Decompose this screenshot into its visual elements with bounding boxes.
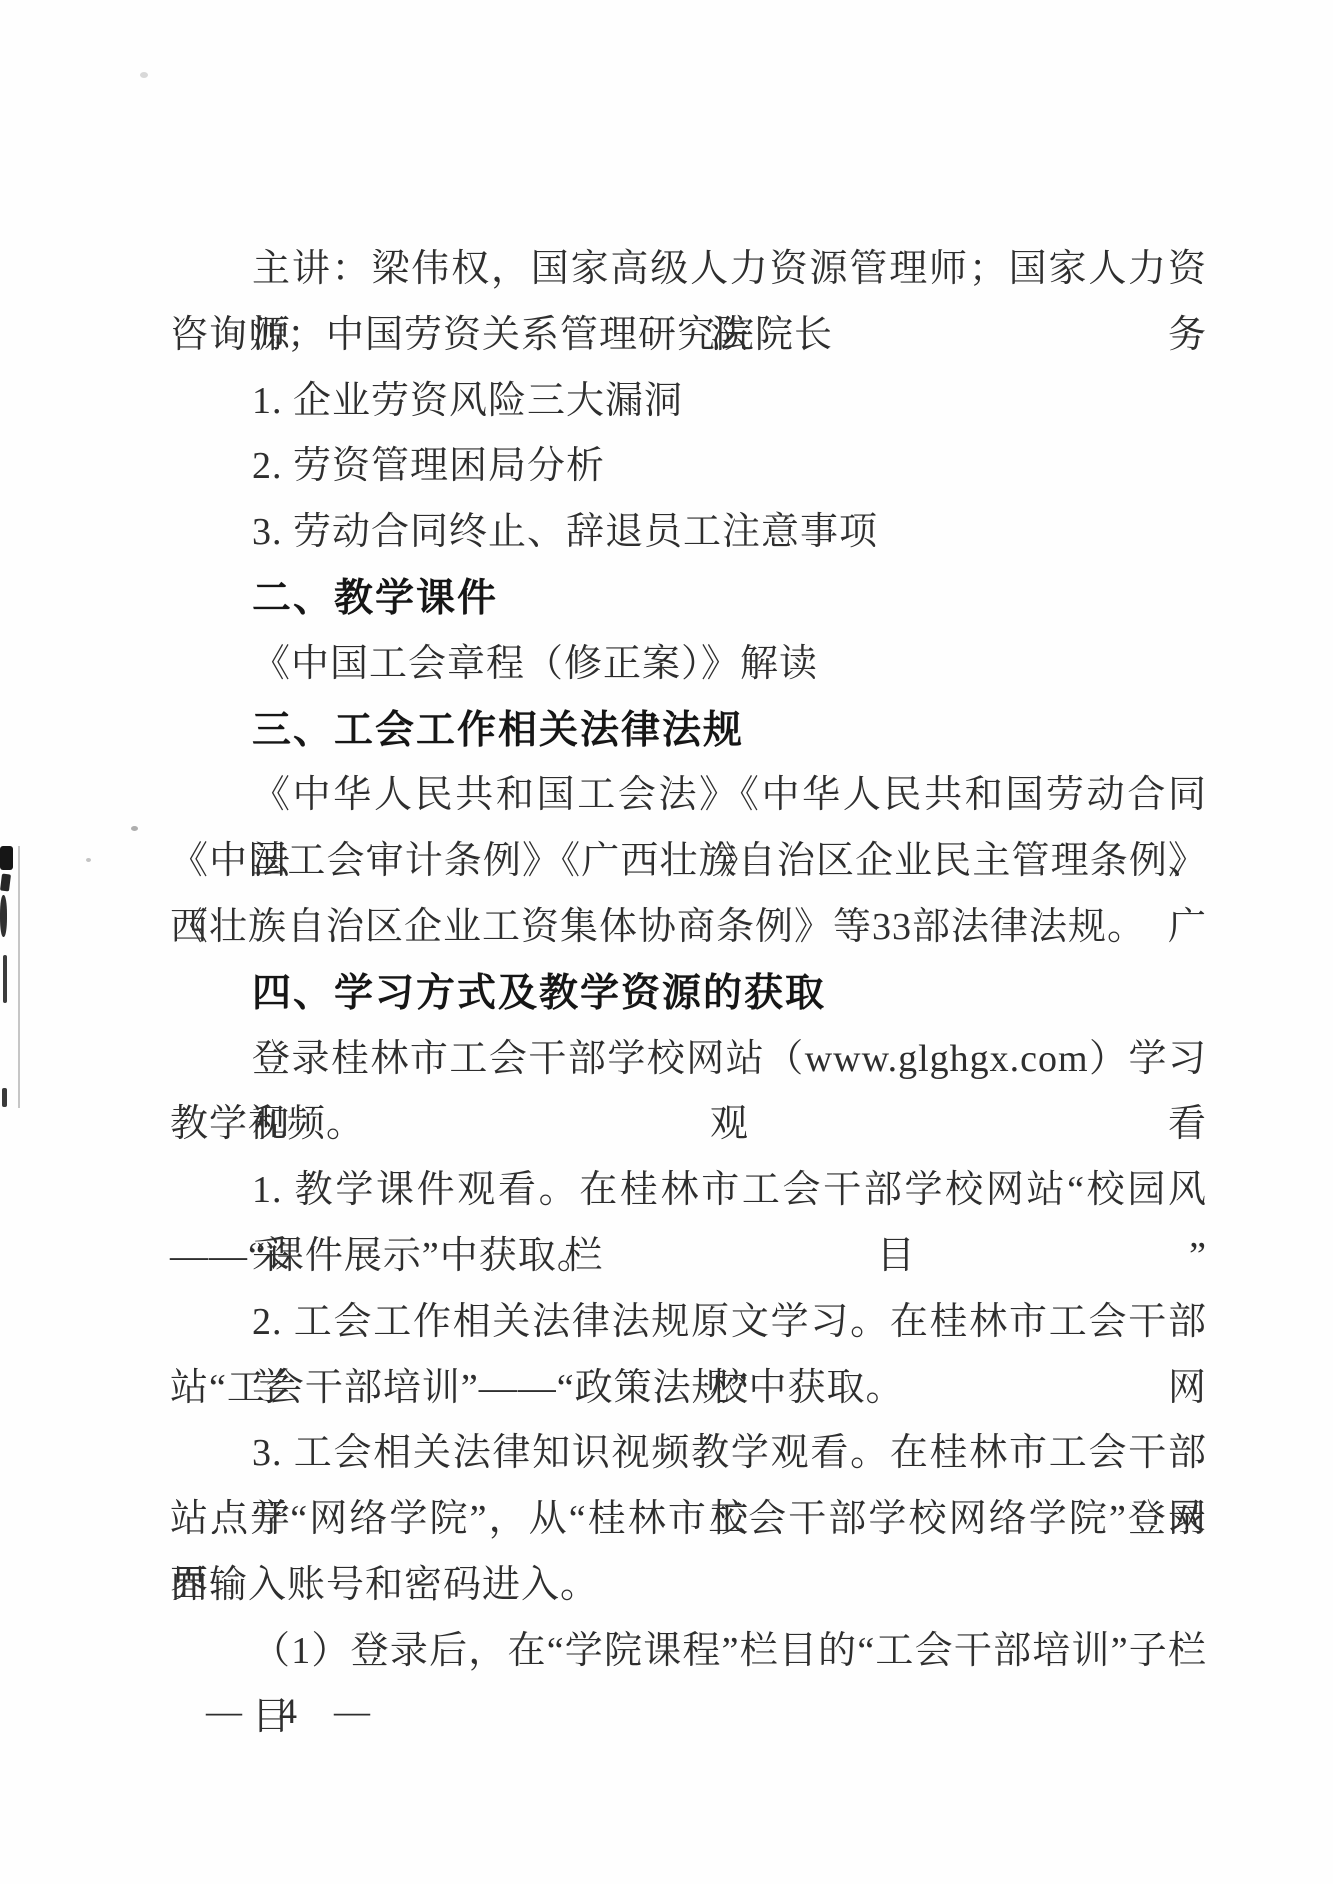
section-heading: 三、工会工作相关法律法规 xyxy=(170,698,1207,764)
document-page: 主讲：梁伟权，国家高级人力资源管理师；国家人力资源法务咨询师；中国劳资关系管理研… xyxy=(0,0,1333,1884)
scan-smudge xyxy=(3,955,7,1003)
text-line: 登录桂林市工会干部学校网站（www.glghgx.com）学习和观看 xyxy=(170,1027,1207,1093)
scan-vertical-streak xyxy=(18,846,20,1108)
text-line: 主讲：梁伟权，国家高级人力资源管理师；国家人力资源法务 xyxy=(170,237,1207,303)
section-heading: 四、学习方式及教学资源的获取 xyxy=(170,961,1207,1027)
text-line: 1. 企业劳资风险三大漏洞 xyxy=(170,369,1207,435)
text-line: 《中国工会章程（修正案）》解读 xyxy=(170,632,1207,698)
scan-dot xyxy=(140,72,148,78)
page-number: — 4 — xyxy=(206,1690,384,1732)
section-heading: 二、教学课件 xyxy=(170,566,1207,632)
scan-dot xyxy=(86,858,91,862)
scan-smudge xyxy=(0,895,7,937)
text-line: 2. 工会工作相关法律法规原文学习。在桂林市工会干部学校网 xyxy=(170,1290,1207,1356)
document-text-block: 主讲：梁伟权，国家高级人力资源管理师；国家人力资源法务咨询师；中国劳资关系管理研… xyxy=(170,237,1207,1685)
scan-smudge xyxy=(0,846,13,870)
text-line: 《中国工会审计条例》《广西壮族自治区企业民主管理条例》《广 xyxy=(170,829,1207,895)
text-line: 站点开“网络学院”，从“桂林市工会干部学校网络学院”登录界 xyxy=(170,1487,1207,1553)
text-line: 面输入账号和密码进入。 xyxy=(170,1553,1207,1619)
scan-smudge xyxy=(0,874,11,892)
text-line: 《中华人民共和国工会法》《中华人民共和国劳动合同法》、 xyxy=(170,763,1207,829)
scan-smudge xyxy=(2,1088,7,1107)
text-line: 2. 劳资管理困局分析 xyxy=(170,434,1207,500)
text-line: 3. 工会相关法律知识视频教学观看。在桂林市工会干部学校网 xyxy=(170,1421,1207,1487)
text-line: （1）登录后，在“学院课程”栏目的“工会干部培训”子栏目 xyxy=(170,1619,1207,1685)
text-line: 1. 教学课件观看。在桂林市工会干部学校网站“校园风采栏目” xyxy=(170,1158,1207,1224)
text-line: 3. 劳动合同终止、辞退员工注意事项 xyxy=(170,500,1207,566)
scan-dot xyxy=(131,826,138,831)
text-line: 西壮族自治区企业工资集体协商条例》等33部法律法规。 xyxy=(170,895,1207,961)
